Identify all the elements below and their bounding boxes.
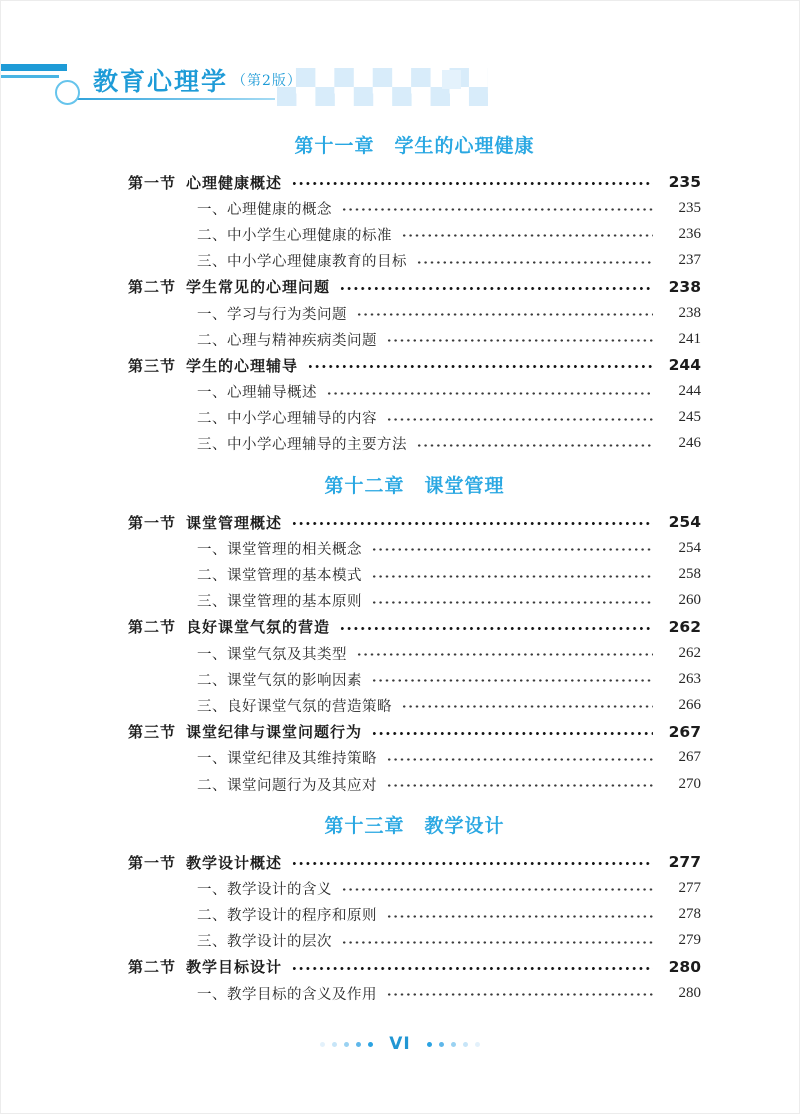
dotted-leader	[387, 914, 653, 919]
dotted-leader	[292, 181, 653, 186]
toc-entry: 一、学习与行为类问题238	[128, 300, 701, 326]
dotted-leader	[357, 312, 653, 317]
entry-page-number: 244	[661, 383, 701, 400]
dotted-leader	[372, 600, 653, 605]
entry-page-number: 266	[661, 697, 701, 714]
footer-dots-right	[427, 1042, 480, 1047]
toc-entry: 二、课堂气氛的影响因素263	[128, 666, 701, 692]
toc-entry: 二、教学设计的程序和原则278	[128, 902, 701, 928]
dotted-leader	[387, 757, 653, 762]
toc-entry: 第三节课堂纪律与课堂问题行为267	[128, 719, 701, 745]
entry-page-number: 246	[661, 435, 701, 452]
footer-dot	[368, 1042, 373, 1047]
toc-entry: 第三节学生的心理辅导244	[128, 352, 701, 378]
entry-title: 一、学习与行为类问题	[197, 303, 347, 324]
toc-entry: 三、教学设计的层次279	[128, 928, 701, 954]
folio-page-number: VI	[389, 1034, 410, 1054]
entry-title: 三、中小学心理辅导的主要方法	[197, 433, 407, 454]
entry-title: 学生的心理辅导	[186, 355, 298, 376]
entry-title: 一、心理辅导概述	[197, 381, 317, 402]
entry-title: 一、课堂纪律及其维持策略	[197, 747, 377, 768]
entry-title: 二、心理与精神疾病类问题	[197, 329, 377, 350]
entry-page-number: 277	[661, 853, 701, 871]
chapter-heading: 第十三章 教学设计	[128, 813, 701, 839]
header-line-decoration	[1, 75, 59, 78]
entry-page-number: 267	[661, 749, 701, 766]
entry-page-number: 241	[661, 331, 701, 348]
dotted-leader	[387, 783, 653, 788]
entry-title: 教学设计概述	[186, 852, 282, 873]
section-label: 第一节	[128, 172, 186, 193]
toc-entry: 三、中小学心理辅导的主要方法246	[128, 431, 701, 457]
footer-dot	[475, 1042, 480, 1047]
dotted-leader	[372, 547, 653, 552]
chapter-heading: 第十一章 学生的心理健康	[128, 133, 701, 159]
toc-entry: 一、心理辅导概述244	[128, 379, 701, 405]
toc-entry: 二、中小学心理辅导的内容245	[128, 405, 701, 431]
section-label: 第二节	[128, 616, 186, 637]
entry-page-number: 235	[661, 200, 701, 217]
header-circle-decoration	[55, 80, 80, 105]
dotted-leader	[387, 417, 653, 422]
entry-title: 良好课堂气氛的营造	[186, 616, 330, 637]
entry-title: 三、中小学心理健康教育的目标	[197, 250, 407, 271]
dotted-leader	[340, 286, 653, 291]
toc-entry: 三、中小学心理健康教育的目标237	[128, 248, 701, 274]
section-label: 第一节	[128, 512, 186, 533]
entry-page-number: 245	[661, 409, 701, 426]
toc-entry: 二、课堂问题行为及其应对270	[128, 771, 701, 797]
entry-page-number: 260	[661, 592, 701, 609]
toc-entry: 第一节心理健康概述235	[128, 169, 701, 195]
toc-entry: 一、课堂管理的相关概念254	[128, 535, 701, 561]
dotted-leader	[372, 731, 653, 736]
entry-title: 教学目标设计	[186, 956, 282, 977]
page-footer: VI	[1, 1034, 799, 1054]
entry-page-number: 238	[661, 305, 701, 322]
footer-dot	[332, 1042, 337, 1047]
dotted-leader	[292, 521, 653, 526]
entry-page-number: 263	[661, 671, 701, 688]
entry-title: 二、教学设计的程序和原则	[197, 904, 377, 925]
toc-entry: 一、教学目标的含义及作用280	[128, 980, 701, 1006]
entry-page-number: 262	[661, 645, 701, 662]
entry-page-number: 270	[661, 776, 701, 793]
toc-entry: 第二节教学目标设计280	[128, 954, 701, 980]
entry-title: 一、课堂管理的相关概念	[197, 538, 362, 559]
entry-title: 三、教学设计的层次	[197, 930, 332, 951]
entry-page-number: 280	[661, 958, 701, 976]
toc: 第十一章 学生的心理健康第一节心理健康概述235一、心理健康的概念235二、中小…	[128, 1, 701, 1006]
dotted-leader	[342, 940, 653, 945]
entry-title: 二、课堂问题行为及其应对	[197, 774, 377, 795]
toc-entry: 二、课堂管理的基本模式258	[128, 561, 701, 587]
entry-page-number: 277	[661, 880, 701, 897]
section-label: 第二节	[128, 956, 186, 977]
entry-title: 三、课堂管理的基本原则	[197, 590, 362, 611]
entry-page-number: 267	[661, 723, 701, 741]
dotted-leader	[372, 574, 653, 579]
toc-entry: 第一节教学设计概述277	[128, 849, 701, 875]
entry-page-number: 258	[661, 566, 701, 583]
footer-dot	[451, 1042, 456, 1047]
entry-title: 二、中小学心理辅导的内容	[197, 407, 377, 428]
toc-entry: 第一节课堂管理概述254	[128, 509, 701, 535]
section-label: 第三节	[128, 355, 186, 376]
dotted-leader	[372, 678, 653, 683]
entry-page-number: 244	[661, 356, 701, 374]
section-label: 第二节	[128, 276, 186, 297]
footer-dot	[463, 1042, 468, 1047]
entry-title: 一、心理健康的概念	[197, 198, 332, 219]
footer-dot	[320, 1042, 325, 1047]
entry-title: 三、良好课堂气氛的营造策略	[197, 695, 392, 716]
entry-page-number: 262	[661, 618, 701, 636]
toc-entry: 三、良好课堂气氛的营造策略266	[128, 692, 701, 718]
entry-title: 一、教学设计的含义	[197, 878, 332, 899]
entry-title: 课堂管理概述	[186, 512, 282, 533]
entry-title: 心理健康概述	[186, 172, 282, 193]
toc-entry: 第二节学生常见的心理问题238	[128, 274, 701, 300]
footer-dot	[427, 1042, 432, 1047]
dotted-leader	[402, 233, 653, 238]
entry-title: 二、中小学生心理健康的标准	[197, 224, 392, 245]
dotted-leader	[327, 391, 653, 396]
header-bar-decoration	[1, 64, 67, 71]
entry-title: 二、课堂管理的基本模式	[197, 564, 362, 585]
dotted-leader	[402, 704, 653, 709]
entry-page-number: 236	[661, 226, 701, 243]
section-label: 第一节	[128, 852, 186, 873]
toc-entry: 一、心理健康的概念235	[128, 195, 701, 221]
footer-dot	[344, 1042, 349, 1047]
chapter-heading: 第十二章 课堂管理	[128, 473, 701, 499]
entry-title: 一、课堂气氛及其类型	[197, 643, 347, 664]
toc-entry: 一、教学设计的含义277	[128, 875, 701, 901]
footer-dot	[356, 1042, 361, 1047]
entry-page-number: 280	[661, 985, 701, 1002]
dotted-leader	[357, 652, 653, 657]
entry-page-number: 278	[661, 906, 701, 923]
dotted-leader	[342, 207, 653, 212]
toc-entry: 一、课堂纪律及其维持策略267	[128, 745, 701, 771]
entry-page-number: 254	[661, 540, 701, 557]
dotted-leader	[417, 260, 653, 265]
dotted-leader	[292, 966, 653, 971]
entry-page-number: 279	[661, 932, 701, 949]
toc-entry: 二、心理与精神疾病类问题241	[128, 326, 701, 352]
dotted-leader	[292, 861, 653, 866]
entry-title: 学生常见的心理问题	[186, 276, 330, 297]
toc-entry: 第二节良好课堂气氛的营造262	[128, 614, 701, 640]
footer-dots-left	[320, 1042, 373, 1047]
entry-page-number: 235	[661, 173, 701, 191]
toc-entry: 一、课堂气氛及其类型262	[128, 640, 701, 666]
dotted-leader	[387, 992, 653, 997]
book-toc-page: 教育心理学 （第2版） 第十一章 学生的心理健康第一节心理健康概述235一、心理…	[0, 0, 800, 1114]
toc-entry: 三、课堂管理的基本原则260	[128, 588, 701, 614]
entry-title: 二、课堂气氛的影响因素	[197, 669, 362, 690]
toc-entry: 二、中小学生心理健康的标准236	[128, 221, 701, 247]
dotted-leader	[417, 443, 653, 448]
entry-title: 课堂纪律与课堂问题行为	[186, 721, 362, 742]
dotted-leader	[387, 338, 653, 343]
dotted-leader	[308, 364, 653, 369]
section-label: 第三节	[128, 721, 186, 742]
dotted-leader	[342, 887, 653, 892]
entry-page-number: 254	[661, 513, 701, 531]
entry-page-number: 237	[661, 252, 701, 269]
entry-title: 一、教学目标的含义及作用	[197, 983, 377, 1004]
dotted-leader	[340, 626, 653, 631]
entry-page-number: 238	[661, 278, 701, 296]
footer-dot	[439, 1042, 444, 1047]
